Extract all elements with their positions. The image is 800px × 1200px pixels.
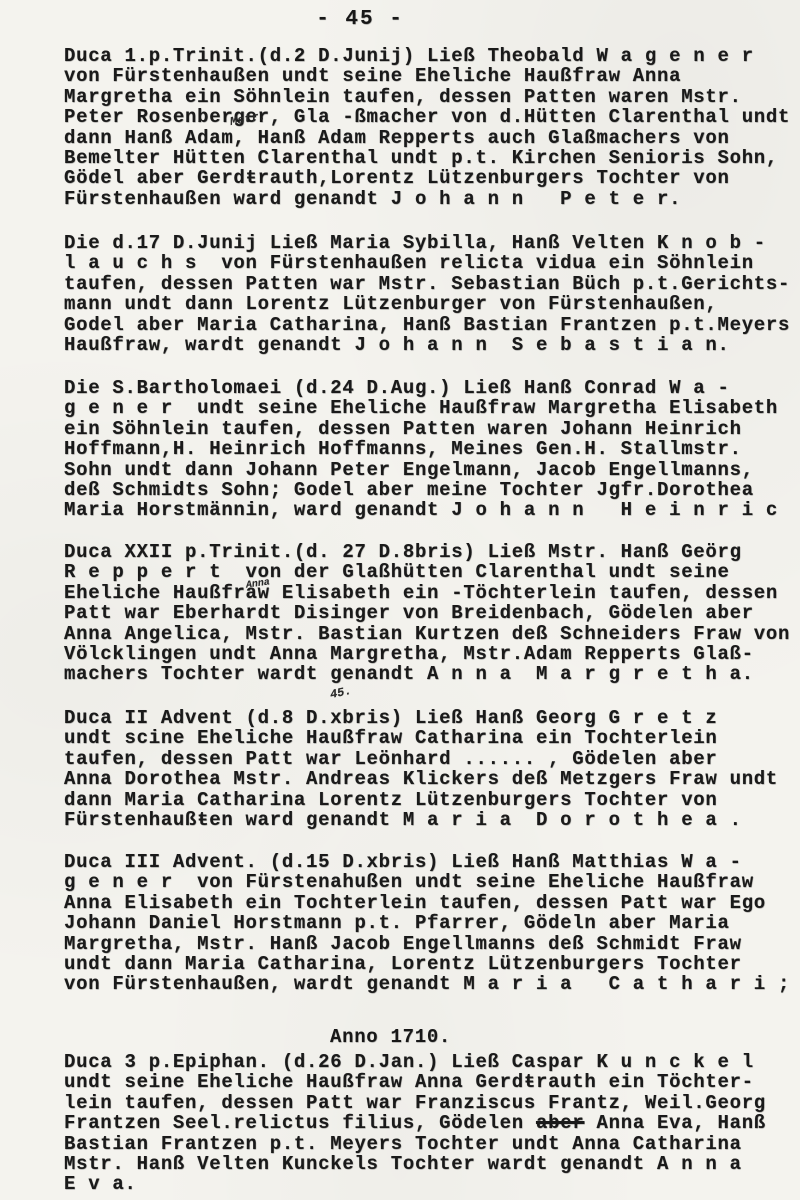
text-line: Peter Rosenberger, Gla -ßmacher von d.Hü… xyxy=(64,107,790,127)
text-line: Duca II Advent (d.8 D.xbris) Ließ Hanß G… xyxy=(64,708,778,728)
text-line: von Fürstenhaußen undt seine Eheliche Ha… xyxy=(64,66,790,86)
text-line: Hoffmann,H. Heinrich Hoffmanns, Meines G… xyxy=(64,439,778,459)
baptism-entry-reppert: Duca XXII p.Trinit.(d. 27 D.8bris) Ließ … xyxy=(64,542,790,685)
text-line: taufen, dessen Patt war Leönhard ...... … xyxy=(64,749,778,769)
text-line: deß Schmidts Sohn; Godel aber meine Toch… xyxy=(64,480,778,500)
text-line: g e n e r von Fürstenahußen undt seine E… xyxy=(64,872,790,892)
text-line: Anna Dorothea Mstr. Andreas Klickers deß… xyxy=(64,769,778,789)
text-line: undt scine Eheliche Haußfraw Catharina e… xyxy=(64,728,778,748)
text-line: Duca III Advent. (d.15 D.xbris) Ließ Han… xyxy=(64,852,790,872)
text-line: Margretha, Mstr. Hanß Jacob Engellmanns … xyxy=(64,934,790,954)
text-line: Völcklingen undt Anna Margretha, Mstr.Ad… xyxy=(64,644,790,664)
text-line: lein taufen, dessen Patt war Franziscus … xyxy=(64,1093,766,1113)
text-line: undt dann Maria Catharina, Lorentz Lütze… xyxy=(64,954,790,974)
text-line: R e p p e r t von der Glaßhütten Clarent… xyxy=(64,562,790,582)
text-line: Gödel aber Gerdŧrauth,Lorentz Lützenburg… xyxy=(64,168,790,188)
text-line: Bastian Frantzen p.t. Meyers Tochter und… xyxy=(64,1134,766,1154)
text-line: Duca 1.p.Trinit.(d.2 D.Junij) Ließ Theob… xyxy=(64,46,790,66)
section-heading-anno-1710: Anno 1710. xyxy=(330,1026,451,1048)
baptism-entry-kunckel: Duca 3 p.Epiphan. (d.26 D.Jan.) Ließ Cas… xyxy=(64,1052,766,1195)
text-line: Die S.Bartholomaei (d.24 D.Aug.) Ließ Ha… xyxy=(64,378,778,398)
text-line: Maria Horstmännin, ward genandt J o h a … xyxy=(64,500,778,520)
baptism-entry-knoblauch: Die d.17 D.Junij Ließ Maria Sybilla, Han… xyxy=(64,233,790,355)
text-line: E v a. xyxy=(64,1174,766,1194)
text-line: Duca 3 p.Epiphan. (d.26 D.Jan.) Ließ Cas… xyxy=(64,1052,766,1072)
page-number: - 45 - xyxy=(0,8,720,31)
handwritten-insertion-45: 45. xyxy=(329,684,353,702)
text-line: Duca XXII p.Trinit.(d. 27 D.8bris) Ließ … xyxy=(64,542,790,562)
baptism-entry-wagener-conrad: Die S.Bartholomaei (d.24 D.Aug.) Ließ Ha… xyxy=(64,378,778,521)
text-line: von Fürstenhaußen, wardt genandt M a r i… xyxy=(64,974,790,994)
text-line: Godel aber Maria Catharina, Hanß Bastian… xyxy=(64,315,790,335)
text-line: taufen, dessen Patten war Mstr. Sebastia… xyxy=(64,274,790,294)
text-line: Patt war Eberhardt Disinger von Breidenb… xyxy=(64,603,790,623)
baptism-entry-wagener-theobald: Duca 1.p.Trinit.(d.2 D.Junij) Ließ Theob… xyxy=(64,46,790,209)
text-line: Frantzen Seel.relictus filius, Gödelen a… xyxy=(64,1113,766,1133)
text-line: mann undt dann Lorentz Lützenburger von … xyxy=(64,294,790,314)
text-line: Die d.17 D.Junij Ließ Maria Sybilla, Han… xyxy=(64,233,790,253)
text-line: l a u c h s von Fürstenhaußen relicta vi… xyxy=(64,253,790,273)
text-line: Anna Angelica, Mstr. Bastian Kurtzen deß… xyxy=(64,624,790,644)
text-line: Margretha ein Söhnlein taufen, dessen Pa… xyxy=(64,87,790,107)
text-line: Mstr. Hanß Velten Kunckels Tochter wardt… xyxy=(64,1154,766,1174)
text-line: Sohn undt dann Johann Peter Engelmann, J… xyxy=(64,460,778,480)
text-line: machers Tochter wardt genandt A n n a M … xyxy=(64,664,790,684)
text-line: dann Maria Catharina Lorentz Lützenburge… xyxy=(64,790,778,810)
text-line: Fürstenhaußen ward genandt J o h a n n P… xyxy=(64,189,790,209)
text-line: Eheliche Haußfraw Elisabeth ein -Töchter… xyxy=(64,583,790,603)
text-line: Bemelter Hütten Clarenthal undt p.t. Kir… xyxy=(64,148,790,168)
text-line: dann Hanß Adam, Hanß Adam Repperts auch … xyxy=(64,128,790,148)
text-line: Johann Daniel Horstmann p.t. Pfarrer, Gö… xyxy=(64,913,790,933)
text-line: Anna Elisabeth ein Tochterlein taufen, d… xyxy=(64,893,790,913)
baptism-entry-gretz: Duca II Advent (d.8 D.xbris) Ließ Hanß G… xyxy=(64,708,778,830)
text-line: Fürstenhaußŧen ward genandt M a r i a D … xyxy=(64,810,778,830)
text-line: Haußfraw, wardt genandt J o h a n n S e … xyxy=(64,335,790,355)
text-line: g e n e r undt seine Eheliche Haußfraw M… xyxy=(64,398,778,418)
text-line: ein Söhnlein taufen, dessen Patten waren… xyxy=(64,419,778,439)
baptism-entry-wagener-matthias: Duca III Advent. (d.15 D.xbris) Ließ Han… xyxy=(64,852,790,995)
text-line: undt seine Eheliche Haußfraw Anna Gerdŧr… xyxy=(64,1072,766,1092)
scanned-document-page: - 45 - Duca 1.p.Trinit.(d.2 D.Junij) Lie… xyxy=(0,0,800,1200)
